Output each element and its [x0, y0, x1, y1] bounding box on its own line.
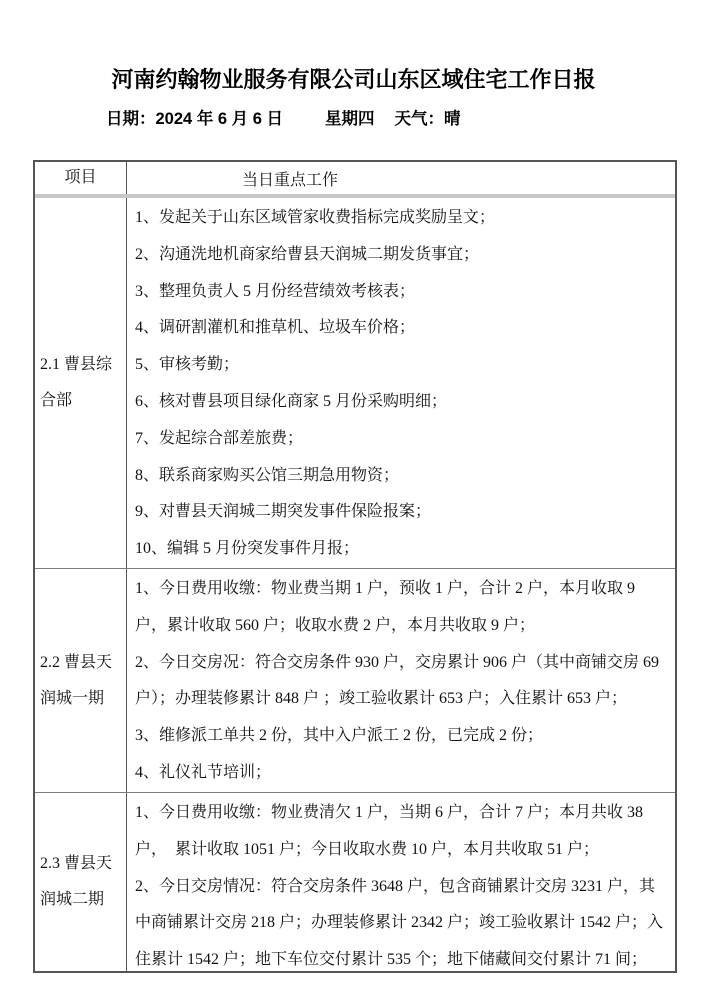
daily-report-table: 项目 当日重点工作 2.1 曹县综合部 1、发起关于山东区域管家收费指标完成奖励…	[33, 160, 677, 973]
table-header-row: 项目 当日重点工作	[35, 162, 675, 198]
project-cell: 2.3 曹县天润城二期	[35, 793, 127, 971]
work-item: 3、整理负责人 5 月份经营绩效考核表；	[135, 274, 667, 311]
work-item: 1、今日费用收缴：物业费当期 1 户，预收 1 户，合计 2 户，本月收取 9 …	[135, 571, 667, 645]
work-item: 2、沟通洗地机商家给曹县天润城二期发货事宜；	[135, 237, 667, 274]
work-item: 4、礼仪礼节培训；	[135, 755, 667, 792]
work-item: 1、今日费用收缴：物业费清欠 1 户，当期 6 户，合计 7 户；本月共收 38…	[135, 795, 667, 869]
work-item: 3、维修派工单共 2 份，其中入户派工 2 份，已完成 2 份；	[135, 718, 667, 755]
date-value: 日期：2024 年 6 月 6 日	[106, 110, 283, 128]
header-cell-work: 当日重点工作	[127, 162, 675, 194]
header-cell-project: 项目	[35, 162, 127, 194]
page-title: 河南约翰物业服务有限公司山东区域住宅工作日报	[0, 64, 707, 96]
work-item: 4、调研割灌机和推草机、垃圾车价格；	[135, 310, 667, 347]
work-item: 10、编辑 5 月份突发事件月报；	[135, 531, 667, 568]
work-item: 2、今日交房情况：符合交房条件 3648 户，包含商铺累计交房 3231 户，其…	[135, 869, 667, 979]
work-cell: 1、今日费用收缴：物业费当期 1 户，预收 1 户，合计 2 户，本月收取 9 …	[127, 569, 675, 792]
work-cell: 1、发起关于山东区域管家收费指标完成奖励呈文； 2、沟通洗地机商家给曹县天润城二…	[127, 198, 675, 568]
work-item: 8、联系商家购买公馆三期急用物资；	[135, 458, 667, 495]
weather-value: 天气：晴	[394, 110, 460, 128]
work-item: 5、审核考勤；	[135, 347, 667, 384]
table-row: 2.2 曹县天润城一期 1、今日费用收缴：物业费当期 1 户，预收 1 户，合计…	[35, 569, 675, 793]
project-cell: 2.2 曹县天润城一期	[35, 569, 127, 792]
work-item: 6、核对曹县项目绿化商家 5 月份采购明细；	[135, 384, 667, 421]
work-item: 2、今日交房况：符合交房条件 930 户，交房累计 906 户（其中商铺交房 6…	[135, 645, 667, 719]
table-row: 2.3 曹县天润城二期 1、今日费用收缴：物业费清欠 1 户，当期 6 户，合计…	[35, 793, 675, 971]
work-item: 1、发起关于山东区域管家收费指标完成奖励呈文；	[135, 200, 667, 237]
table-row: 2.1 曹县综合部 1、发起关于山东区域管家收费指标完成奖励呈文； 2、沟通洗地…	[35, 198, 675, 569]
project-cell: 2.1 曹县综合部	[35, 198, 127, 568]
weekday-value: 星期四	[325, 110, 375, 128]
work-item: 9、对曹县天润城二期突发事件保险报案；	[135, 494, 667, 531]
dateline: 日期：2024 年 6 月 6 日星期四天气：晴	[106, 107, 460, 131]
work-cell: 1、今日费用收缴：物业费清欠 1 户，当期 6 户，合计 7 户；本月共收 38…	[127, 793, 675, 971]
work-item: 7、发起综合部差旅费；	[135, 421, 667, 458]
